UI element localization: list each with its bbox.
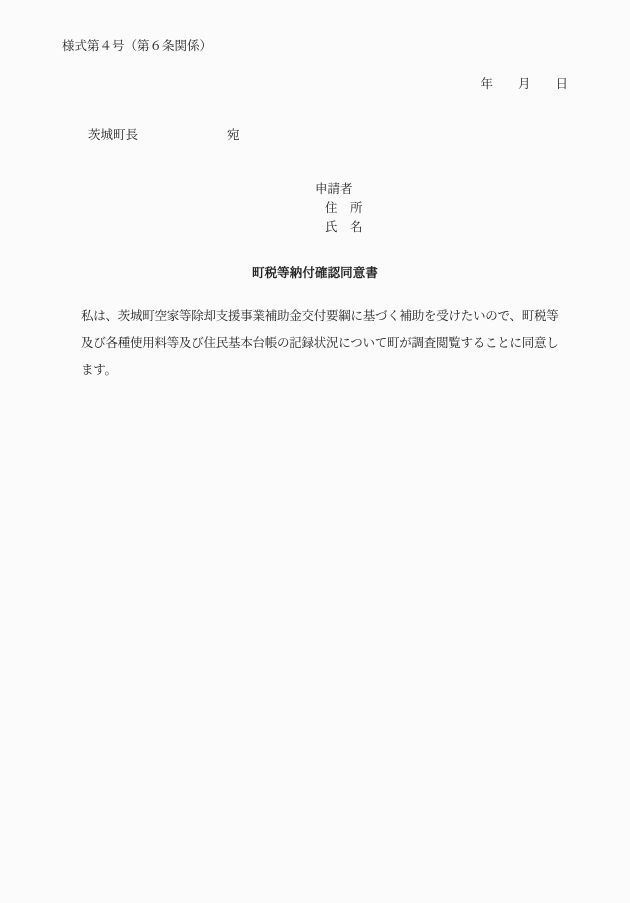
body-paragraph: 私は、茨城町空家等除却支援事業補助金交付要綱に基づく補助を受けたいので、町税等 …: [81, 303, 569, 384]
applicant-address-label: 住 所: [315, 199, 363, 218]
body-line: 及び各種使用料等及び住民基本台帳の記録状況について町が調査閲覧することに同意し: [81, 330, 569, 357]
applicant-block: 申請者 住 所 氏 名: [315, 180, 363, 237]
body-line: ます。: [81, 357, 569, 384]
document-title: 町税等納付確認同意書: [0, 266, 630, 280]
form-number-label: 様式第４号（第６条関係）: [62, 39, 212, 53]
addressee-line: 茨城町長宛: [88, 128, 240, 142]
addressee-honorific: 宛: [227, 128, 240, 142]
applicant-label: 申請者: [315, 180, 363, 199]
date-line: 年 月 日: [0, 77, 568, 91]
document-page: 様式第４号（第６条関係） 年 月 日 茨城町長宛 申請者 住 所 氏 名 町税等…: [0, 0, 630, 903]
applicant-name-label: 氏 名: [315, 218, 363, 237]
addressee-recipient: 茨城町長: [88, 128, 138, 142]
body-line: 私は、茨城町空家等除却支援事業補助金交付要綱に基づく補助を受けたいので、町税等: [81, 303, 569, 330]
